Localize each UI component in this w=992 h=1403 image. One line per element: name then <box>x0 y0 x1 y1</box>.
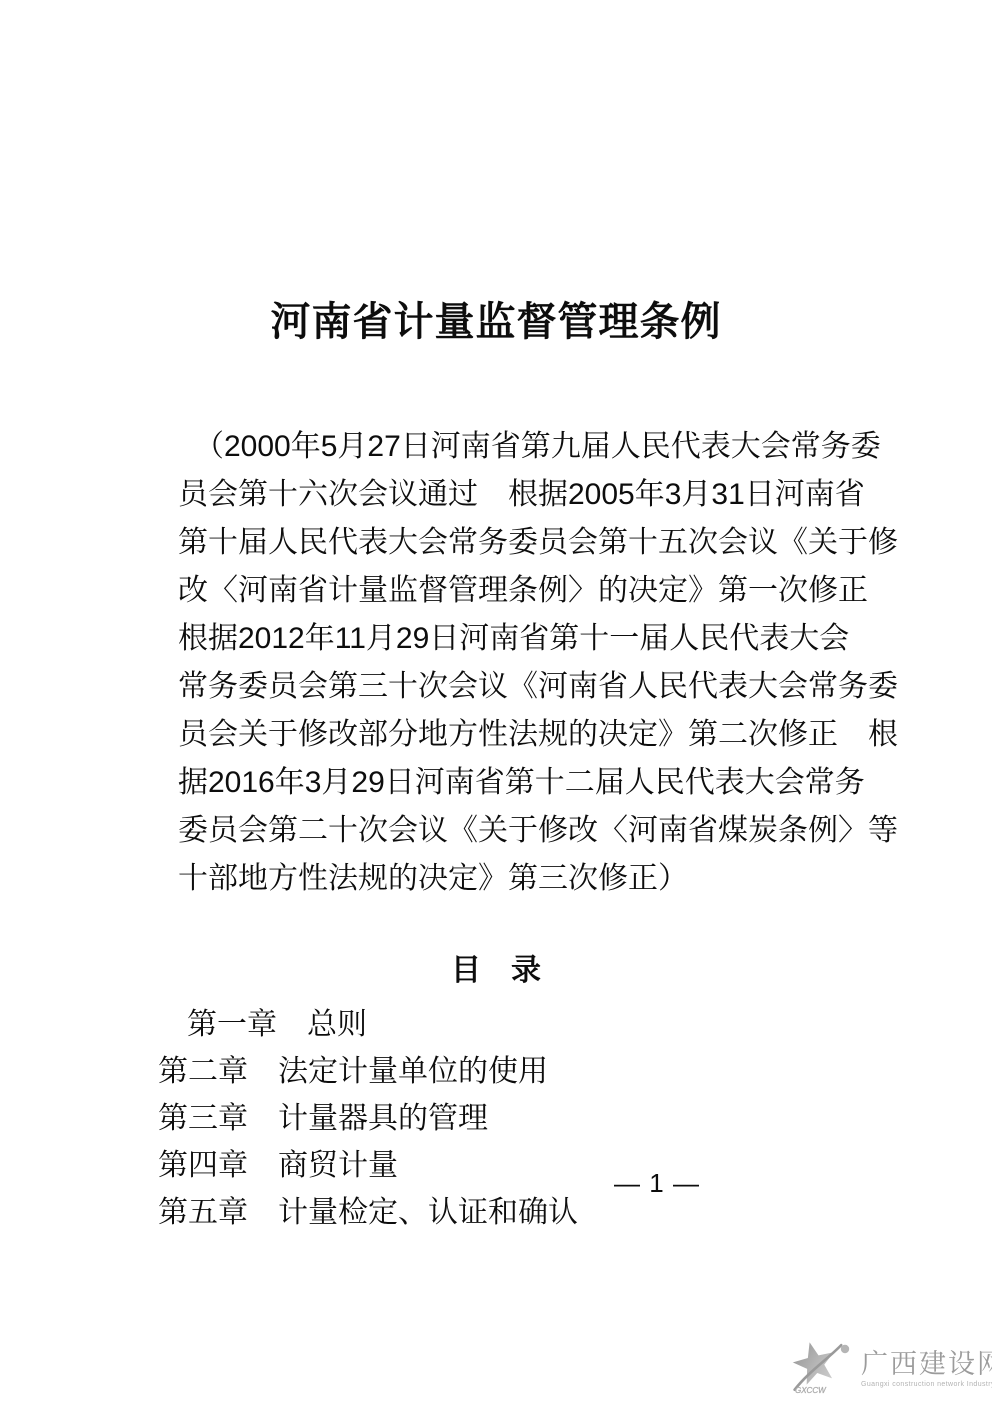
star-logo-text: GXCCW <box>795 1386 827 1395</box>
toc-item-chapter-5: 第五章 计量检定、认证和确认 <box>158 1189 578 1236</box>
preamble-paragraph: （2000年5月27日河南省第九届人民代表大会常务委 员会第十六次会议通过 根据… <box>178 423 878 903</box>
watermark-brand: 广西建设网 <box>861 1351 992 1378</box>
toc-item-chapter-3: 第三章 计量器具的管理 <box>158 1095 578 1142</box>
preamble-line: 根据2012年11月29日河南省第十一届人民代表大会 <box>178 615 878 663</box>
preamble-line: 十部地方性法规的决定》第三次修正） <box>178 855 878 903</box>
toc-item-chapter-4: 第四章 商贸计量 <box>158 1142 578 1189</box>
watermark-text-block: 广西建设网 Guangxi construction network Indus… <box>861 1351 992 1390</box>
watermark: GXCCW 广西建设网 Guangxi construction network… <box>781 1336 992 1398</box>
preamble-line: 据2016年3月29日河南省第十二届人民代表大会常务 <box>178 759 878 807</box>
star-logo-icon: GXCCW <box>781 1336 859 1398</box>
toc-item-chapter-2: 第二章 法定计量单位的使用 <box>158 1048 578 1095</box>
preamble-line: 员会第十六次会议通过 根据2005年3月31日河南省 <box>178 471 878 519</box>
toc-heading: 目 录 <box>0 947 992 995</box>
page-number: — 1 — <box>612 1166 702 1200</box>
preamble-line: 常务委员会第三十次会议《河南省人民代表大会常务委 <box>178 663 878 711</box>
preamble-line: 改〈河南省计量监督管理条例〉的决定》第一次修正 <box>178 567 878 615</box>
document-page: 河南省计量监督管理条例 （2000年5月27日河南省第九届人民代表大会常务委 员… <box>0 0 992 1403</box>
preamble-line: 员会关于修改部分地方性法规的决定》第二次修正 根 <box>178 711 878 759</box>
preamble-line: 第十届人民代表大会常务委员会第十五次会议《关于修 <box>178 519 878 567</box>
toc-item-chapter-1: 第一章 总则 <box>158 1001 578 1048</box>
watermark-tagline: Guangxi construction network Industry Ed… <box>861 1380 992 1390</box>
preamble-line: 委员会第二十次会议《关于修改〈河南省煤炭条例〉等 <box>178 807 878 855</box>
table-of-contents: 第一章 总则 第二章 法定计量单位的使用 第三章 计量器具的管理 第四章 商贸计… <box>158 1001 578 1236</box>
document-title: 河南省计量监督管理条例 <box>0 296 992 348</box>
preamble-line: （2000年5月27日河南省第九届人民代表大会常务委 <box>178 423 878 471</box>
